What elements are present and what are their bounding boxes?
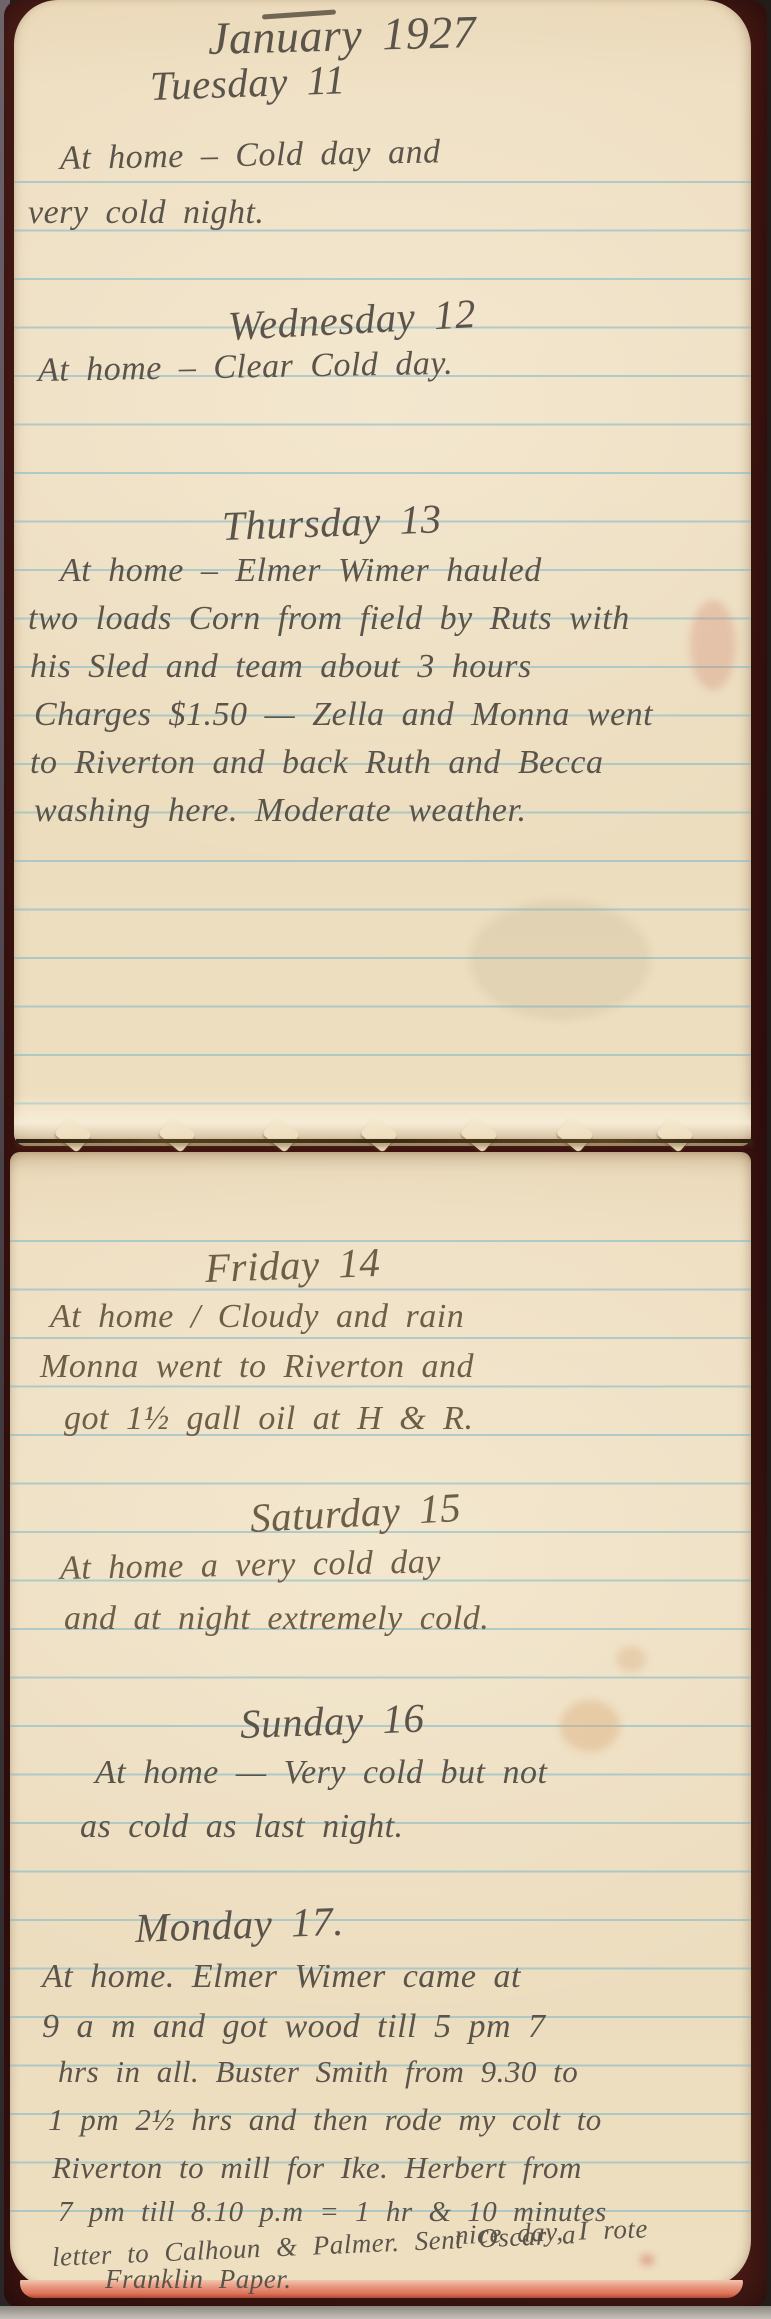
diary-line: At home / Cloudy and rain <box>50 1298 464 1336</box>
diary-line: Franklin Paper. <box>105 2264 291 2295</box>
stain <box>690 600 736 690</box>
stain <box>560 1700 620 1752</box>
ink-showthrough <box>470 900 650 1020</box>
entry-thursday-heading: Thursday 13 <box>221 494 442 550</box>
diary-line: 9 a m and got wood till 5 pm 7 <box>42 2008 546 2046</box>
photo-backdrop-bottom <box>0 2306 771 2319</box>
diary-line: and at night extremely cold. <box>64 1600 489 1638</box>
ruled-lines-bottom <box>10 1240 751 2250</box>
diary-line: Riverton to mill for Ike. Herbert from <box>52 2150 582 2186</box>
entry-monday-heading: Monday 17. <box>134 1897 344 1952</box>
entry-friday-heading: Friday 14 <box>204 1238 381 1292</box>
entry-sunday-heading: Sunday 16 <box>239 1694 425 1748</box>
diary-line: At home a very cold day <box>60 1543 442 1588</box>
diary-line: as cold as last night. <box>80 1808 404 1846</box>
stain <box>640 2255 654 2265</box>
diary-line: At home — Very cold but not <box>95 1754 547 1792</box>
diary-line: two loads Corn from field by Ruts with <box>28 600 630 638</box>
diary-line: very cold night. <box>28 194 264 232</box>
binding-seam <box>16 1139 753 1143</box>
diary-line: At home – Cold day and <box>60 133 441 178</box>
diary-line: hrs in all. Buster Smith from 9.30 to <box>58 2054 578 2090</box>
diary-line: to Riverton and back Ruth and Becca <box>30 744 603 782</box>
diary-line: Monna went to Riverton and <box>40 1348 474 1386</box>
diary-line: 1 pm 2½ hrs and then rode my colt to <box>48 2102 602 2138</box>
diary-line: Charges $1.50 — Zella and Monna went <box>34 696 653 734</box>
diary-line: his Sled and team about 3 hours <box>30 648 532 686</box>
diary-line: At home. Elmer Wimer came at <box>42 1958 521 1996</box>
diary-line: got 1½ gall oil at H & R. <box>64 1400 473 1438</box>
entry-tuesday-heading: Tuesday 11 <box>149 55 346 110</box>
diary-line: washing here. Moderate weather. <box>34 792 526 830</box>
diary-line: At home – Elmer Wimer hauled <box>60 552 542 590</box>
stain <box>616 1646 646 1672</box>
diary-line: At home – Clear Cold day. <box>38 345 454 390</box>
